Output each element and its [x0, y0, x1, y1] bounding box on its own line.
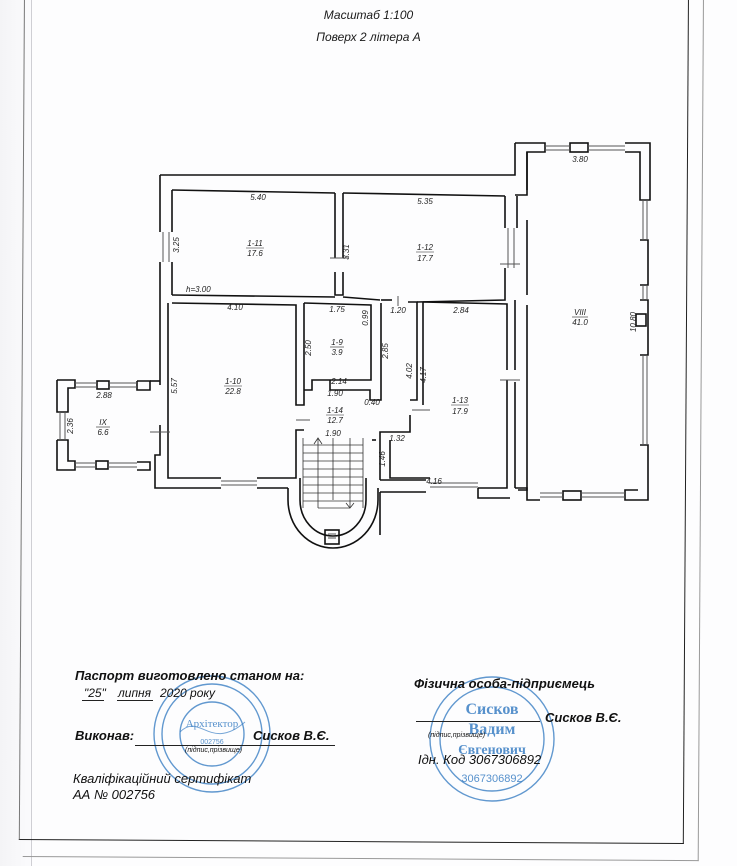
cert-label: Кваліфікаційний сертифікат — [73, 771, 251, 786]
svg-text:1-11: 1-11 — [247, 239, 262, 248]
svg-text:4.02: 4.02 — [405, 363, 414, 379]
dim-1-14-step: 0.40 — [364, 398, 380, 407]
svg-text:17.6: 17.6 — [247, 249, 263, 258]
dim-ix-width: 2.88 — [95, 391, 112, 400]
cert-number: АА № 002756 — [73, 787, 155, 802]
passport-label: Паспорт виготовлено станом на: — [75, 668, 304, 683]
svg-text:VIII: VIII — [574, 308, 587, 317]
svg-text:1-13: 1-13 — [452, 396, 469, 405]
svg-text:22.8: 22.8 — [224, 387, 241, 396]
svg-text:17.9: 17.9 — [452, 407, 468, 416]
date-month: липня — [118, 686, 151, 700]
dim-1-9-bottom: 2.14 — [330, 377, 347, 386]
svg-text:3.25: 3.25 — [172, 237, 181, 253]
dim-stair-width: 1.90 — [325, 429, 341, 438]
dim-1-14-top: 1.20 — [390, 306, 406, 315]
svg-text:4.17: 4.17 — [419, 367, 428, 383]
right-stamp: Сисков Вадим Євгенович 3067306892 — [425, 672, 560, 807]
svg-text:1-14: 1-14 — [327, 406, 344, 415]
svg-text:12.7: 12.7 — [327, 416, 343, 425]
svg-text:10.80: 10.80 — [629, 311, 638, 332]
dim-1-13-width: 2.84 — [452, 306, 469, 315]
dim-viii-width: 3.80 — [572, 155, 588, 164]
performed-label: Виконав: — [75, 728, 134, 743]
svg-text:6.6: 6.6 — [97, 428, 109, 437]
svg-text:1.46: 1.46 — [378, 451, 387, 467]
signature-caption-right: (підпис,прізвище) — [428, 732, 485, 739]
performer-name: Сисков В.Є. — [253, 728, 330, 743]
svg-text:5.57: 5.57 — [170, 378, 179, 394]
date-day: "25" — [84, 686, 106, 700]
dim-1-13-bottom: 4.16 — [426, 477, 442, 486]
svg-text:3.31: 3.31 — [342, 244, 351, 260]
svg-text:Архітектор: Архітектор — [186, 718, 239, 730]
dim-1-11-width: 5.40 — [250, 193, 266, 202]
dim-1-14-inner: 1.90 — [327, 389, 343, 398]
svg-text:2.36: 2.36 — [66, 418, 75, 435]
svg-text:IX: IX — [99, 418, 107, 427]
signature-caption-left: (підпис,прізвище) — [185, 747, 242, 754]
ceiling-height: h=3.00 — [186, 285, 211, 294]
svg-text:3067306892: 3067306892 — [461, 773, 522, 785]
svg-text:0.99: 0.99 — [361, 310, 370, 326]
svg-text:17.7: 17.7 — [417, 254, 433, 263]
svg-text:1-9: 1-9 — [331, 338, 343, 347]
dim-1-10-width: 4.10 — [227, 303, 243, 312]
date-year: 2020 року — [160, 686, 215, 700]
svg-text:41.0: 41.0 — [572, 318, 588, 327]
svg-text:2.85: 2.85 — [381, 343, 390, 360]
svg-text:1-12: 1-12 — [417, 243, 434, 252]
svg-text:2.50: 2.50 — [304, 340, 313, 357]
svg-text:1-10: 1-10 — [225, 377, 242, 386]
id-code: Ідн. Код 3067306892 — [418, 752, 541, 767]
svg-text:3.9: 3.9 — [331, 348, 343, 357]
dim-1-12-width: 5.35 — [417, 197, 433, 206]
svg-text:Сисков: Сисков — [465, 701, 518, 718]
dim-1-13-notch: 1.32 — [389, 434, 405, 443]
dim-1-9-width: 1.75 — [329, 305, 345, 314]
entity-label: Фізична особа-підприємець — [414, 676, 595, 691]
entrepreneur-name: Сисков В.Є. — [545, 710, 622, 725]
